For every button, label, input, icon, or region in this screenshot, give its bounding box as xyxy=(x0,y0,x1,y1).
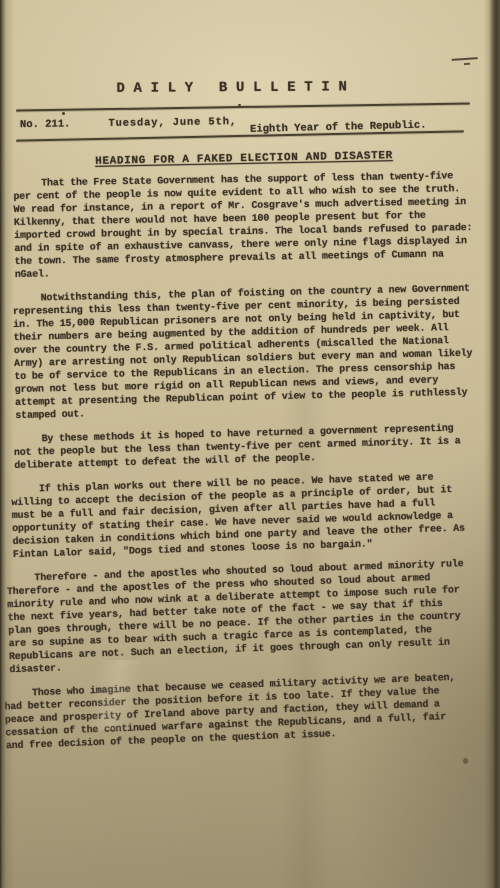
document-photo: DAILY BULLETIN No. 211. Tuesday, June 5t… xyxy=(0,0,500,888)
paragraph: By these methods it is hoped to have ret… xyxy=(13,422,474,473)
headline: HEADING FOR A FAKED ELECTION AND DISASTE… xyxy=(14,149,474,170)
ink-speck xyxy=(238,104,241,106)
divider-top xyxy=(16,102,470,111)
page-edge-right xyxy=(484,0,500,888)
issue-date: Tuesday, June 5th, xyxy=(108,116,237,130)
page-edge-left xyxy=(0,0,14,888)
stain-spot xyxy=(463,758,468,764)
paragraph: Notwithstanding this, the plan of foisti… xyxy=(13,283,476,423)
ink-speck xyxy=(62,112,65,115)
divider-bottom xyxy=(16,130,464,141)
bulletin-page: DAILY BULLETIN No. 211. Tuesday, June 5t… xyxy=(0,0,500,888)
paragraph: That the Free State Government has the s… xyxy=(13,170,475,282)
vertical-crease xyxy=(282,330,328,888)
pen-mark xyxy=(452,57,479,69)
diagonal-crease xyxy=(0,660,230,730)
issue-row: No. 211. Tuesday, June 5th, Eighth Year … xyxy=(14,113,474,131)
paragraph: If this plan works out there will be no … xyxy=(11,470,473,562)
issue-number: No. 211. xyxy=(20,118,71,131)
masthead-title: DAILY BULLETIN xyxy=(6,78,466,97)
